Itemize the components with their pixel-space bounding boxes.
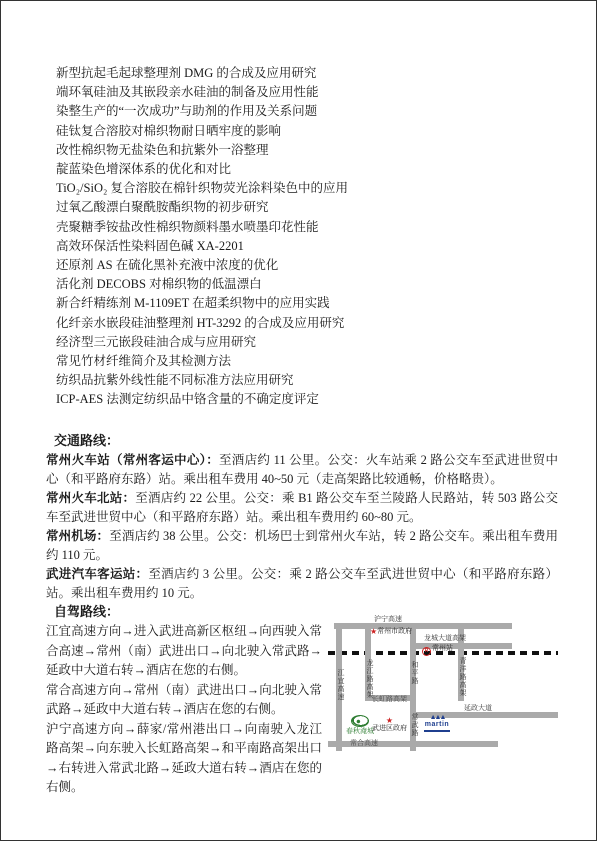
marker-chunqiu-yancheng: 春秋淹城 [346, 715, 374, 736]
transport-item-text: 至酒店约 38 公里。公交：机场巴士到常州火车站，转 2 路公交车。乘出租车费用… [46, 529, 558, 562]
road-label-huning: 沪宁高速 [374, 616, 402, 624]
paper-title: 还原剂 AS 在硫化黑补充液中浓度的优化 [56, 256, 536, 275]
paper-title: 化纤亲水嵌段硅油整理剂 HT-3292 的合成及应用研究 [56, 314, 536, 333]
transport-item: 常州火车站（常州客运中心）：至酒店约 11 公里。公交：火车站乘 2 路公交车至… [46, 451, 558, 489]
location-map: 沪宁高速 龙城大道高架 长虹路高架 延政大道 常合高速 江宜高速 龙江路高架 和… [328, 617, 558, 757]
marker-chunqiu-yancheng-label: 春秋淹城 [346, 728, 374, 735]
transport-item: 常州火车北站：至酒店约 22 公里。公交：乘 B1 路公交车至兰陵路人民路站，转… [46, 489, 558, 527]
paper-title: 高效环保活性染料固色碱 XA-2201 [56, 237, 536, 256]
railway-station-icon: R [422, 647, 431, 656]
driving-section: 自驾路线： 江宜高速方向→进入武进高新区枢纽→向西驶入常合高速→常州（南）武进出… [46, 602, 558, 798]
transport-item: 武进汽车客运站：至酒店约 3 公里。公交：乘 2 路公交车至武进世贸中心（和平路… [46, 565, 558, 603]
marker-city-government: ★常州市政府 [370, 628, 412, 636]
red-star-icon: ★ [372, 717, 407, 725]
hotel-peaks-icon: ▲▲▲ [424, 714, 450, 721]
driving-route: 江宜高速方向→进入武进高新区枢纽→向西驶入常合高速→常州（南）武进出口→向北驶入… [46, 622, 322, 681]
paper-title: 靛蓝染色增深体系的优化和对比 [56, 160, 536, 179]
driving-route: 沪宁高速方向→薛家/常州港出口→向南驶入龙江路高架→向东驶入长虹路高架→和平南路… [46, 720, 322, 798]
paper-title: 活化剂 DECOBS 对棉织物的低温漂白 [56, 275, 536, 294]
transport-item-label: 常州机场： [46, 529, 109, 543]
document-page: 新型抗起毛起球整理剂 DMG 的合成及应用研究 端环氧硅油及其嵌段亲水硅油的制备… [0, 0, 597, 841]
paper-title: 纺织品抗紫外线性能不同标准方法应用研究 [56, 371, 536, 390]
scenic-area-logo-icon [351, 715, 369, 727]
marker-city-government-label: 常州市政府 [377, 628, 412, 635]
road-huning-expressway [334, 623, 512, 629]
paper-title: 壳聚糖季铵盐改性棉织物颜料墨水喷墨印花性能 [56, 218, 536, 237]
transport-heading: 交通路线： [54, 431, 558, 451]
marker-hotel: ▲▲▲ martin [424, 714, 450, 732]
marker-wujin-government-label: 武进区政府 [372, 725, 407, 732]
marker-hotel-label: martin [424, 721, 450, 729]
hotel-logo-rule [424, 730, 450, 732]
road-label-longjiang: 龙江路高架 [365, 659, 373, 699]
paper-title: 新合纤精练剂 M-1109ET 在超柔织物中的应用实践 [56, 294, 536, 313]
road-label-qingyang: 青洋路高架 [458, 657, 466, 697]
paper-title: 改性棉织物无盐染色和抗紫外一浴整理 [56, 141, 536, 160]
paper-title: 硅钛复合溶胶对棉织物耐日晒牢度的影响 [56, 122, 536, 141]
transport-item-label: 常州火车站（常州客运中心）： [46, 453, 219, 467]
paper-title: 过氧乙酸漂白聚酰胺酯织物的初步研究 [56, 198, 536, 217]
paper-title: 新型抗起毛起球整理剂 DMG 的合成及应用研究 [56, 64, 536, 83]
transport-item-label: 武进汽车客运站： [46, 567, 148, 581]
transport-item-label: 常州火车北站： [46, 491, 135, 505]
road-label-yanzheng: 延政大道 [464, 705, 492, 713]
marker-changzhou-station-label: 常州站 [432, 645, 453, 652]
marker-wujin-government: ★ 武进区政府 [372, 717, 407, 733]
road-label-changhong: 长虹路高架 [372, 696, 407, 704]
paper-title: 端环氧硅油及其嵌段亲水硅油的制备及应用性能 [56, 83, 536, 102]
marker-changzhou-station: R常州站 [422, 645, 453, 656]
road-label-changhe: 常合高速 [350, 740, 378, 748]
driving-route: 常合高速方向→常州（南）武进出口→向北驶入常武路→延政中大道右转→酒店在您的右侧… [46, 681, 322, 720]
paper-title: TiO₂/SiO₂ 复合溶胶在棉针织物荧光涂料染色中的应用 [56, 179, 536, 198]
paper-title: 经济型三元嵌段硅油合成与应用研究 [56, 333, 536, 352]
paper-title-list: 新型抗起毛起球整理剂 DMG 的合成及应用研究 端环氧硅油及其嵌段亲水硅油的制备… [56, 64, 536, 410]
paper-title: ICP-AES 法测定纺织品中铬含量的不确定度评定 [56, 390, 536, 409]
road-label-changwu: 常武路 [410, 713, 418, 737]
paper-title: 染整生产的“一次成功”与助剂的作用及关系问题 [56, 102, 536, 121]
transport-section: 交通路线： 常州火车站（常州客运中心）：至酒店约 11 公里。公交：火车站乘 2… [46, 431, 558, 603]
road-label-heping: 和平路 [410, 661, 418, 685]
road-label-longcheng: 龙城大道高架 [424, 635, 466, 643]
road-label-jiangyi: 江宜高速 [336, 669, 344, 701]
paper-title: 常见竹材纤维简介及其检测方法 [56, 352, 536, 371]
transport-item: 常州机场：至酒店约 38 公里。公交：机场巴士到常州火车站，转 2 路公交车。乘… [46, 527, 558, 565]
